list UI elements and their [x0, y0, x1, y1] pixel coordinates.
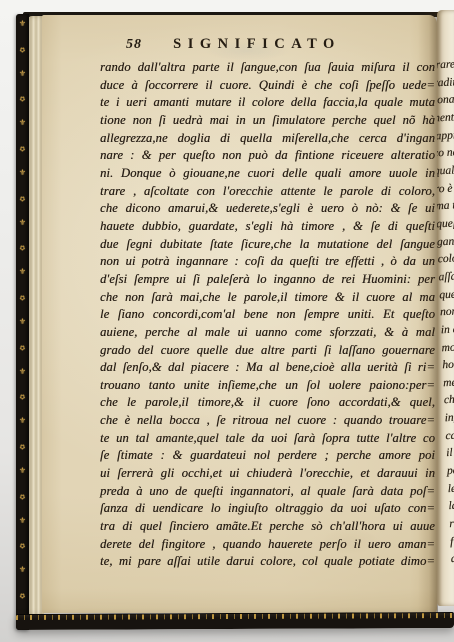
text-line: allegrezza,ne doglia di quella miſerella… — [100, 130, 435, 148]
gold-fleur-ornament-icon: ⚜ — [19, 70, 26, 78]
facing-text-fragment: color — [437, 249, 454, 269]
text-line: non ui potrà ingannare : coſi da queſti … — [100, 253, 435, 271]
text-line: derete del fingitore , quando hauerete p… — [100, 536, 435, 554]
gutter-shadow — [418, 12, 438, 614]
text-line: ui ſerrerà gli occhi,et ui chiuderà l'or… — [100, 465, 435, 483]
facing-text-fragment: f — [450, 531, 454, 551]
gold-fleur-ornament-icon: ⚜ — [19, 318, 26, 326]
facing-text-fragment: hor — [442, 355, 454, 375]
facing-text-fragment: gann — [437, 231, 454, 251]
gold-fleur-ornament-icon: ✿ — [20, 244, 26, 251]
facing-text-fragment: ing — [444, 408, 454, 428]
text-line: tra di quel ſinciero amãte.Et perche sò … — [100, 518, 435, 536]
text-line: hauete dubbio, guardate, s'egli hà timor… — [100, 218, 435, 236]
facing-text-fragment: ro è cr — [437, 178, 454, 198]
facing-text-fragment: mento, — [437, 108, 454, 128]
text-line: te i ueri amanti mutare il colore della … — [100, 94, 435, 112]
text-line: ni. Donque ò giouane,ne cuori delle qual… — [100, 165, 435, 183]
gold-fleur-ornament-icon: ⚜ — [19, 368, 26, 376]
facing-text-fragment: in co — [440, 320, 454, 340]
text-line: due ſegni dubitate ſtate ſicure,che la m… — [100, 236, 435, 254]
facing-text-fragment: queſt — [437, 214, 454, 234]
gold-fleur-ornament-icon: ✿ — [20, 294, 26, 301]
facing-text-fragment: me — [443, 372, 454, 392]
facing-text-fragment: ſappiat — [437, 125, 454, 145]
facing-text-fragment: quale — [437, 161, 454, 181]
gold-fleur-ornament-icon: ⚜ — [19, 467, 26, 475]
text-line: rando dall'altra parte il ſangue,con ſua… — [100, 59, 435, 77]
running-title: SIGNIFICATO — [92, 36, 432, 53]
gold-fleur-ornament-icon: ⚜ — [19, 268, 26, 276]
text-line: te, mi pare aſſai utile darui colore, co… — [100, 553, 435, 571]
facing-text-fragment: ca — [445, 425, 454, 445]
text-line: auiene, perche al male ui uanno come sfo… — [100, 324, 435, 342]
body-text: rando dall'altra parte il ſangue,con ſua… — [100, 59, 435, 571]
facing-text-fragment: co neg — [437, 143, 454, 163]
gold-fleur-ornament-icon: ⚜ — [19, 20, 26, 28]
facing-text-fragment: le — [447, 478, 454, 498]
photo-background: { "palette":{ "background_gray":"#ececea… — [0, 0, 454, 642]
facing-text-fragment: aſſai — [438, 267, 454, 287]
text-line: trare , aſcoltate con l'orecchie attente… — [100, 183, 435, 201]
text-line: preda à uno de queſti ingannatori, al qu… — [100, 483, 435, 501]
page-number: 58 — [126, 37, 142, 53]
text-line: d'eſsi ſempre ui ſi paleſerà lo inganno … — [100, 271, 435, 289]
facing-text-fragment: ri — [449, 514, 454, 534]
facing-text-fragment: non — [440, 302, 454, 322]
gold-fleur-ornament-icon: ✿ — [20, 343, 26, 350]
facing-page-text: ſtrare à tradime lionato mento, ſappiat … — [437, 55, 454, 569]
cover-spine-edge: ⚜✿⚜✿⚜✿⚜✿⚜✿⚜✿⚜✿⚜✿⚜✿⚜✿⚜✿⚜✿⚜ — [16, 14, 29, 630]
facing-text-fragment: po — [447, 461, 454, 481]
text-line: te un tal amante,quel tale da uoi ſarà ſ… — [100, 430, 435, 448]
text-line: le ſiano concordi,com'al bene non ſempre… — [100, 306, 435, 324]
text-line: nare : & per queſto non può da fintione … — [100, 147, 435, 165]
gold-fleur-ornament-icon: ⚜ — [19, 517, 26, 525]
gold-fleur-ornament-icon: ✿ — [20, 145, 26, 152]
page-header: 58 SIGNIFICATO — [92, 36, 432, 56]
facing-text-fragment: tradime — [437, 73, 454, 93]
gold-fleur-ornament-icon: ⚜ — [19, 417, 26, 425]
gold-fleur-ornament-icon: ✿ — [20, 194, 26, 201]
facing-text-fragment: q — [450, 549, 454, 569]
cover-bottom-edge — [16, 612, 454, 630]
facing-text-fragment: lionato — [437, 90, 454, 110]
gold-fleur-ornament-icon: ✿ — [20, 393, 26, 400]
text-line: che dicono amarui,& uederete,s'egli è ue… — [100, 200, 435, 218]
gold-fleur-ornament-icon: ⚜ — [19, 169, 26, 177]
text-line: che le parole,il timore,& il cuore ſono … — [100, 394, 435, 412]
facing-text-fragment: la — [448, 496, 454, 516]
facing-text-fragment: che — [443, 390, 454, 410]
gold-fleur-ornament-icon: ✿ — [20, 95, 26, 102]
facing-text-fragment: mol — [441, 337, 454, 357]
text-line: dal ſenſo,& dal piacere : Ma al bene,cio… — [100, 359, 435, 377]
facing-text-fragment: il — [446, 443, 454, 463]
text-line: grado del cuore quelle due altre parti ſ… — [100, 342, 435, 360]
gold-fleur-ornament-icon: ⚜ — [19, 119, 26, 127]
text-line: tione non ſi uedrà mai in un ſimulatore … — [100, 112, 435, 130]
facing-text-fragment: quell — [439, 284, 454, 304]
gold-fleur-ornament-icon: ⚜ — [19, 219, 26, 227]
text-line: trouano tanto unite inſieme,che un ſol u… — [100, 377, 435, 395]
text-line: che è nella bocca , ſe ritroua nel cuore… — [100, 412, 435, 430]
text-line: duce à ſoccorrere il cuore. Quindi è che… — [100, 77, 435, 95]
facing-page-sliver: ſtrare à tradime lionato mento, ſappiat … — [437, 10, 454, 606]
gold-fleur-ornament-icon: ✿ — [20, 542, 26, 549]
book: ⚜✿⚜✿⚜✿⚜✿⚜✿⚜✿⚜✿⚜✿⚜✿⚜✿⚜✿⚜✿⚜ 58 SIGNIFICATO… — [16, 12, 454, 632]
text-line: ſe ſtimate : & guardateui nol perdere ; … — [100, 447, 435, 465]
gold-fleur-ornament-icon: ✿ — [20, 492, 26, 499]
facing-text-fragment: ma tie — [437, 196, 454, 216]
text-line: che non ſarà mai,che le parole,il timore… — [100, 289, 435, 307]
gold-fleur-ornament-icon: ✿ — [20, 592, 26, 599]
gold-fleur-ornament-icon: ⚜ — [19, 566, 26, 574]
text-line: ſanza di uendicare lo ingiuſto oltraggio… — [100, 500, 435, 518]
left-page: 58 SIGNIFICATO rando dall'altra parte il… — [42, 15, 437, 613]
gold-fleur-ornament-icon: ✿ — [20, 443, 26, 450]
facing-text-fragment: ſtrare à — [437, 55, 454, 75]
gold-fleur-ornament-icon: ✿ — [20, 45, 26, 52]
